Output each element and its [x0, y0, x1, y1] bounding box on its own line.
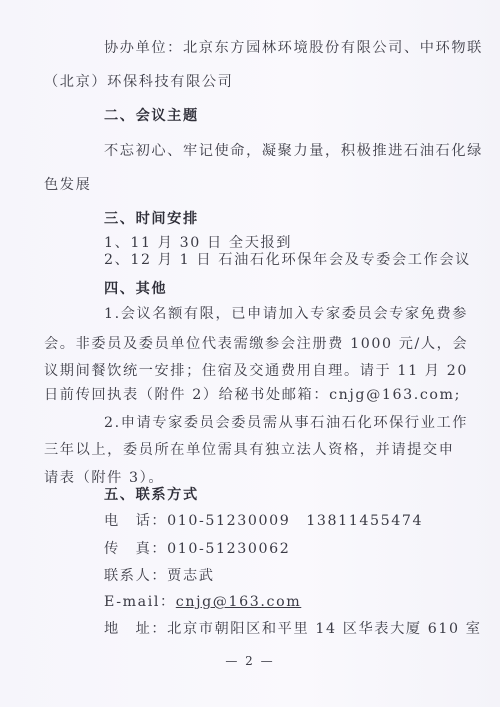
cosponsor-line-2: （北京）环保科技有限公司 [44, 72, 464, 92]
other-item-1-line-3: 议期间餐饮统一安排；住宿及交通费用自理。请于 11 月 20 [44, 361, 464, 381]
contact-address: 地 址：北京市朝阳区和平里 14 区华表大厦 610 室 [104, 619, 500, 639]
other-item-1-line-2: 会。非委员及委员单位代表需缴参会注册费 1000 元/人，会 [44, 334, 464, 354]
section-4-heading: 四、其他 [104, 279, 500, 299]
contact-phone: 电 话：010-51230009 13811455474 [104, 511, 500, 531]
contact-fax: 传 真：010-51230062 [104, 539, 500, 559]
section-2-heading: 二、会议主题 [104, 106, 500, 126]
document-page: 协办单位：北京东方园林环境股份有限公司、中环物联 （北京）环保科技有限公司 二、… [0, 0, 500, 707]
other-item-2-line-2: 三年以上，委员所在单位需具有独立法人资格，并请提交申 [44, 440, 464, 460]
other-item-1-line-1: 1.会议名额有限，已申请加入专家委员会专家免费参 [104, 304, 500, 324]
email-link[interactable]: cnjg@163.com [176, 594, 301, 610]
section-2-body-1: 不忘初心、牢记使命，凝聚力量，积极推进石油石化绿 [104, 141, 500, 161]
section-5-heading: 五、联系方式 [104, 485, 500, 505]
page-number: — 2 — [0, 654, 500, 668]
section-3-heading: 三、时间安排 [104, 209, 500, 229]
other-item-1-line-4: 日前传回执表（附件 2）给秘书处邮箱：cnjg@163.com; [44, 385, 464, 405]
contact-email-row: E-mail：cnjg@163.com [104, 592, 500, 612]
other-item-2-line-1: 2.申请专家委员会委员需从事石油石化环保行业工作 [104, 413, 500, 433]
schedule-item-2: 2、12 月 1 日 石油石化环保年会及专委会工作会议 [104, 250, 500, 270]
cosponsor-line-1: 协办单位：北京东方园林环境股份有限公司、中环物联 [104, 38, 500, 58]
section-2-body-2: 色发展 [44, 175, 464, 195]
contact-person: 联系人：贾志武 [104, 566, 500, 586]
email-label: E-mail： [104, 594, 176, 610]
